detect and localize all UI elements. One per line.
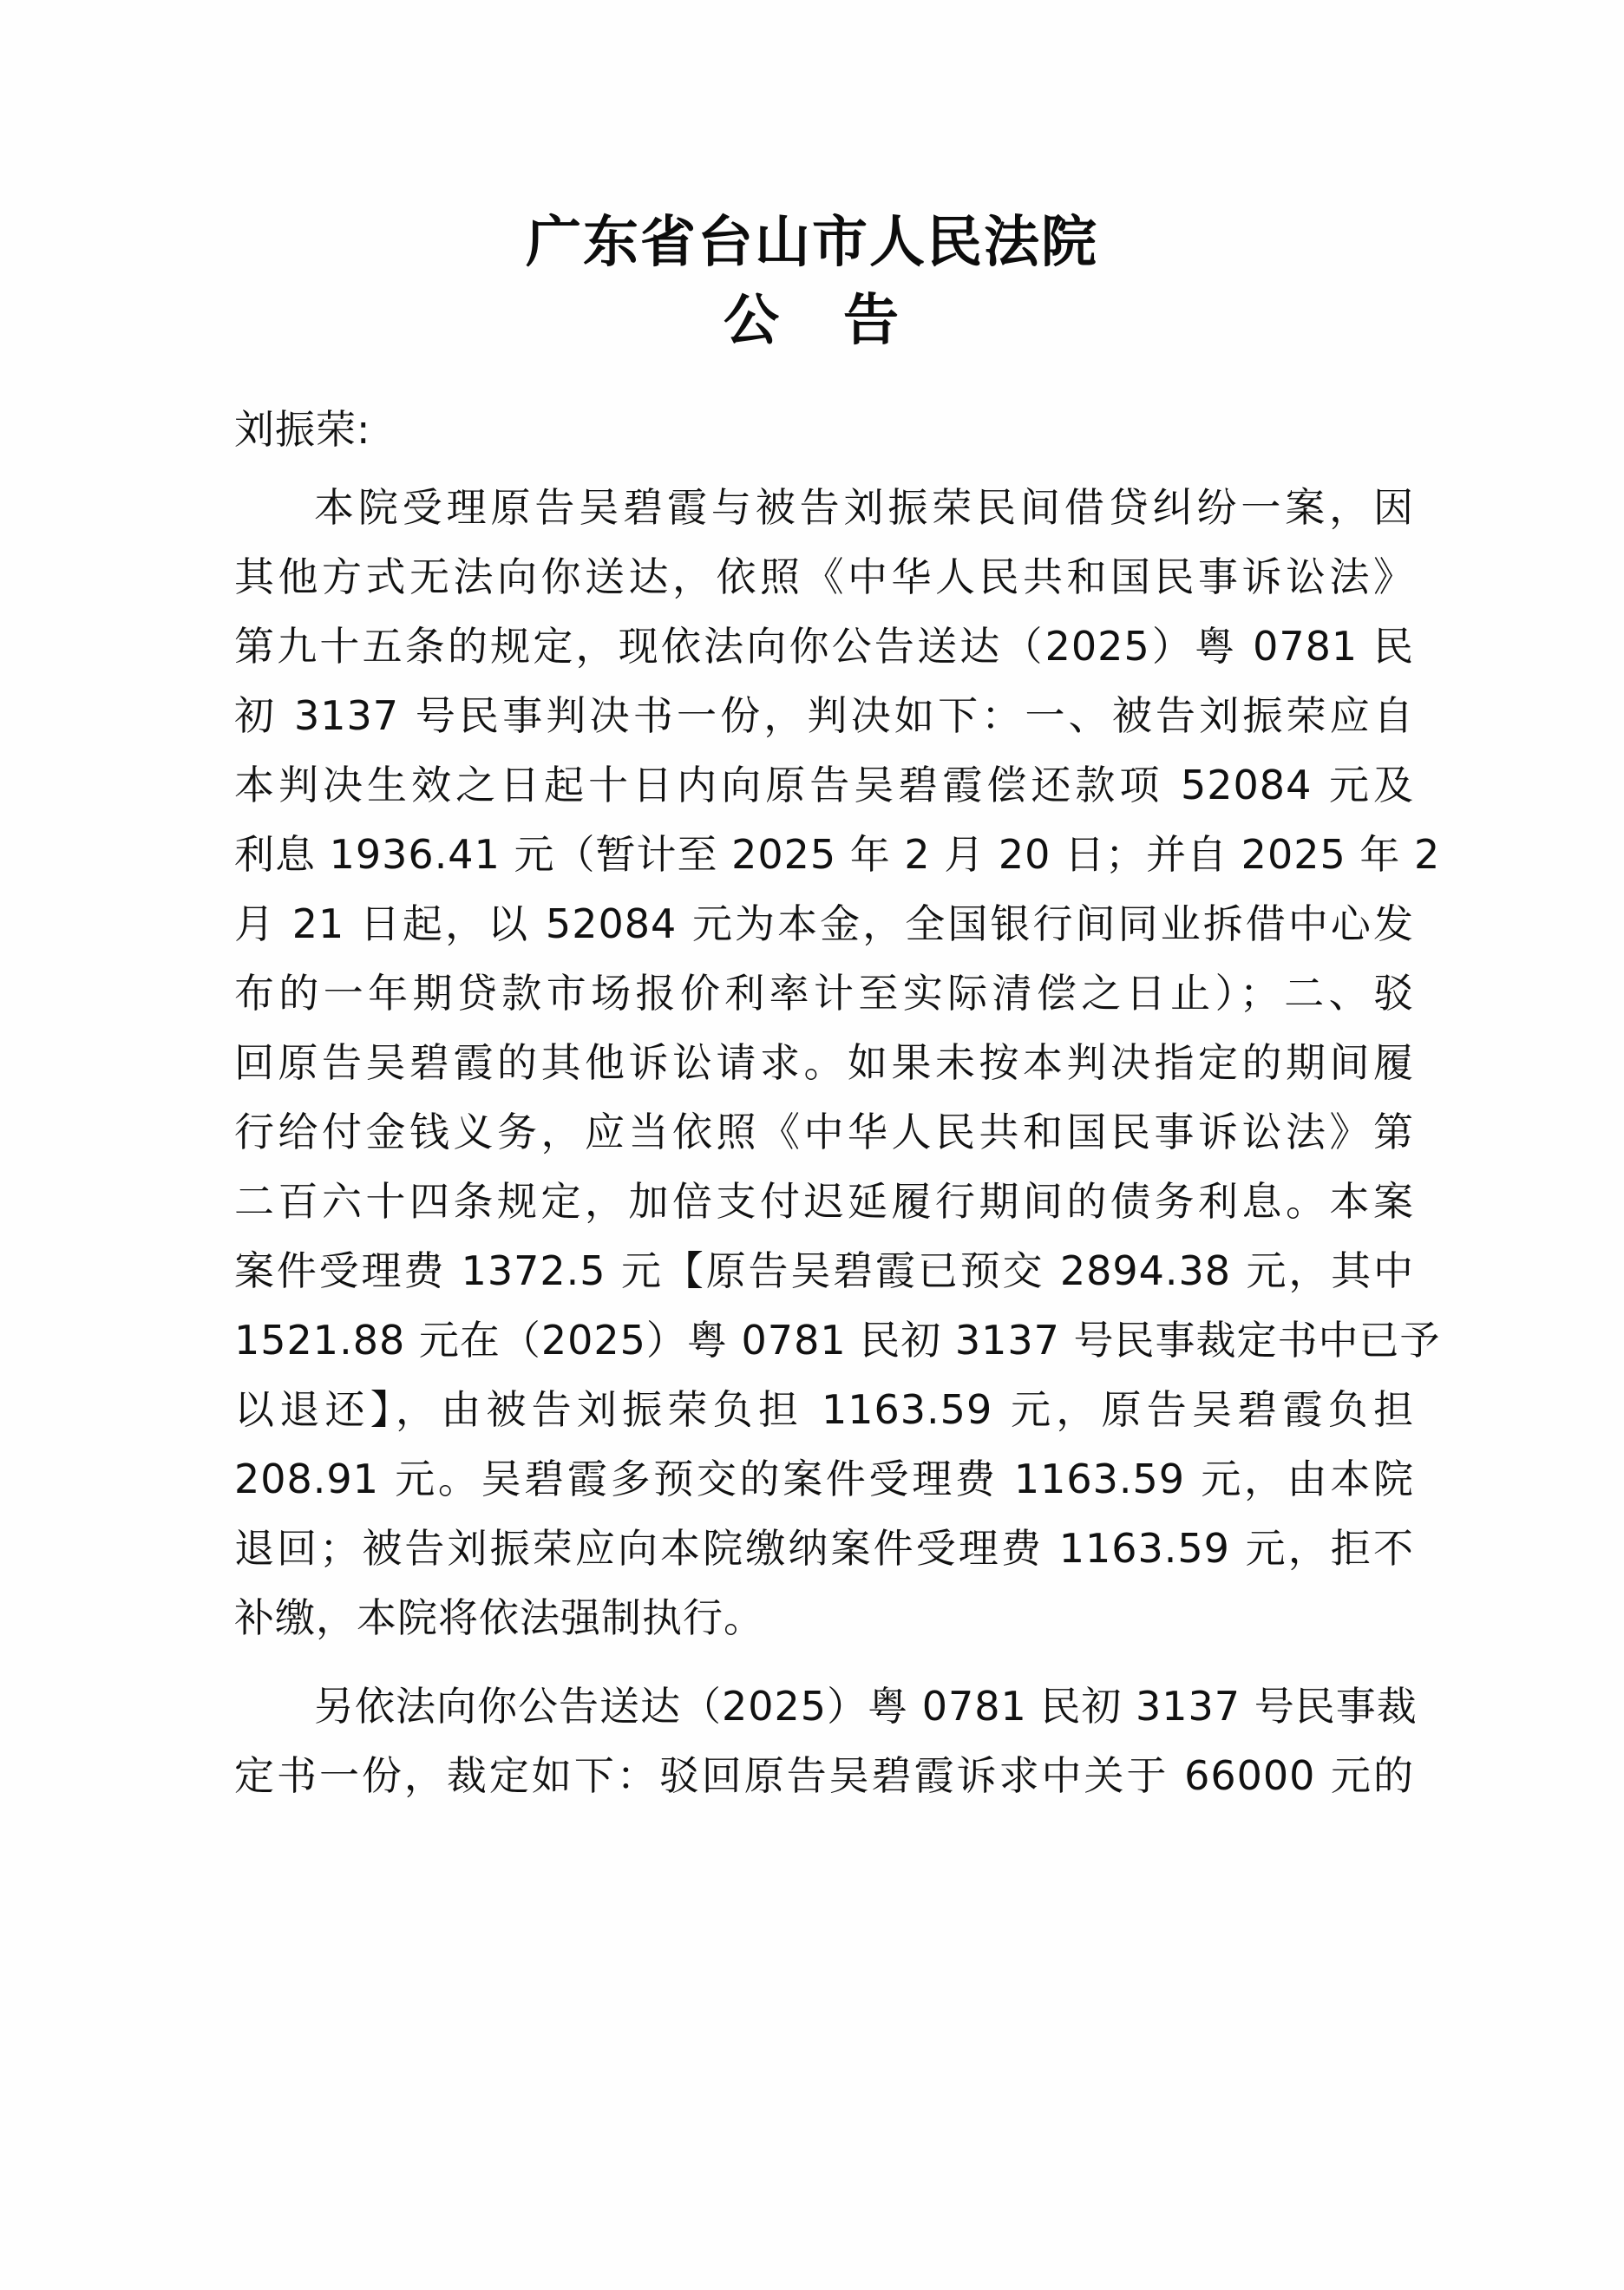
paragraph-line: 定书一份，裁定如下：驳回原告吴碧霞诉求中关于 66000 元的 xyxy=(234,1741,1414,1810)
notice-heading: 公告 xyxy=(0,286,1624,356)
paragraph-line: 第九十五条的规定，现依法向你公告送达（2025）粤 0781 民 xyxy=(234,612,1414,681)
notice-heading-char-1: 公 xyxy=(724,288,781,353)
paragraph-line: 另依法向你公告送达（2025）粤 0781 民初 3137 号民事裁 xyxy=(234,1672,1414,1741)
notice-body: 刘振荣: 本院受理原告吴碧霞与被告刘振荣民间借贷纠纷一案，因 其他方式无法向你送… xyxy=(234,395,1414,1810)
paragraph-gap xyxy=(234,1652,1414,1672)
paragraph-line: 布的一年期贷款市场报价利率计至实际清偿之日止）；二、驳 xyxy=(234,959,1414,1028)
paragraph-ruling: 另依法向你公告送达（2025）粤 0781 民初 3137 号民事裁 定书一份，… xyxy=(234,1672,1414,1810)
paragraph-line: 退回；被告刘振荣应向本院缴纳案件受理费 1163.59 元，拒不 xyxy=(234,1514,1414,1583)
paragraph-line: 回原告吴碧霞的其他诉讼请求。如果未按本判决指定的期间履 xyxy=(234,1028,1414,1097)
paragraph-line: 本判决生效之日起十日内向原告吴碧霞偿还款项 52084 元及 xyxy=(234,750,1414,820)
paragraph-line: 本院受理原告吴碧霞与被告刘振荣民间借贷纠纷一案，因 xyxy=(234,473,1414,542)
notice-heading-char-2: 告 xyxy=(843,288,900,353)
paragraph-judgment: 本院受理原告吴碧霞与被告刘振荣民间借贷纠纷一案，因 其他方式无法向你送达，依照《… xyxy=(234,473,1414,1652)
paragraph-line: 初 3137 号民事判决书一份，判决如下：一、被告刘振荣应自 xyxy=(234,681,1414,750)
paragraph-line: 行给付金钱义务，应当依照《中华人民共和国民事诉讼法》第 xyxy=(234,1097,1414,1167)
paragraph-line: 补缴，本院将依法强制执行。 xyxy=(234,1583,1414,1652)
court-name-heading: 广东省台山市人民法院 xyxy=(0,208,1624,278)
paragraph-line: 案件受理费 1372.5 元【原告吴碧霞已预交 2894.38 元，其中 xyxy=(234,1236,1414,1305)
paragraph-line: 月 21 日起，以 52084 元为本金，全国银行间同业拆借中心发 xyxy=(234,889,1414,959)
paragraph-line: 其他方式无法向你送达，依照《中华人民共和国民事诉讼法》 xyxy=(234,542,1414,612)
paragraph-line: 利息 1936.41 元（暂计至 2025 年 2 月 20 日；并自 2025… xyxy=(234,820,1414,889)
recipient-salutation: 刘振荣: xyxy=(234,395,1414,473)
paragraph-line: 1521.88 元在（2025）粤 0781 民初 3137 号民事裁定书中已予 xyxy=(234,1305,1414,1375)
paragraph-line: 208.91 元。吴碧霞多预交的案件受理费 1163.59 元，由本院 xyxy=(234,1444,1414,1514)
paragraph-line: 二百六十四条规定，加倍支付迟延履行期间的债务利息。本案 xyxy=(234,1167,1414,1236)
document-page: 广东省台山市人民法院 公告 刘振荣: 本院受理原告吴碧霞与被告刘振荣民间借贷纠纷… xyxy=(0,0,1624,2290)
paragraph-line: 以退还】，由被告刘振荣负担 1163.59 元，原告吴碧霞负担 xyxy=(234,1375,1414,1444)
